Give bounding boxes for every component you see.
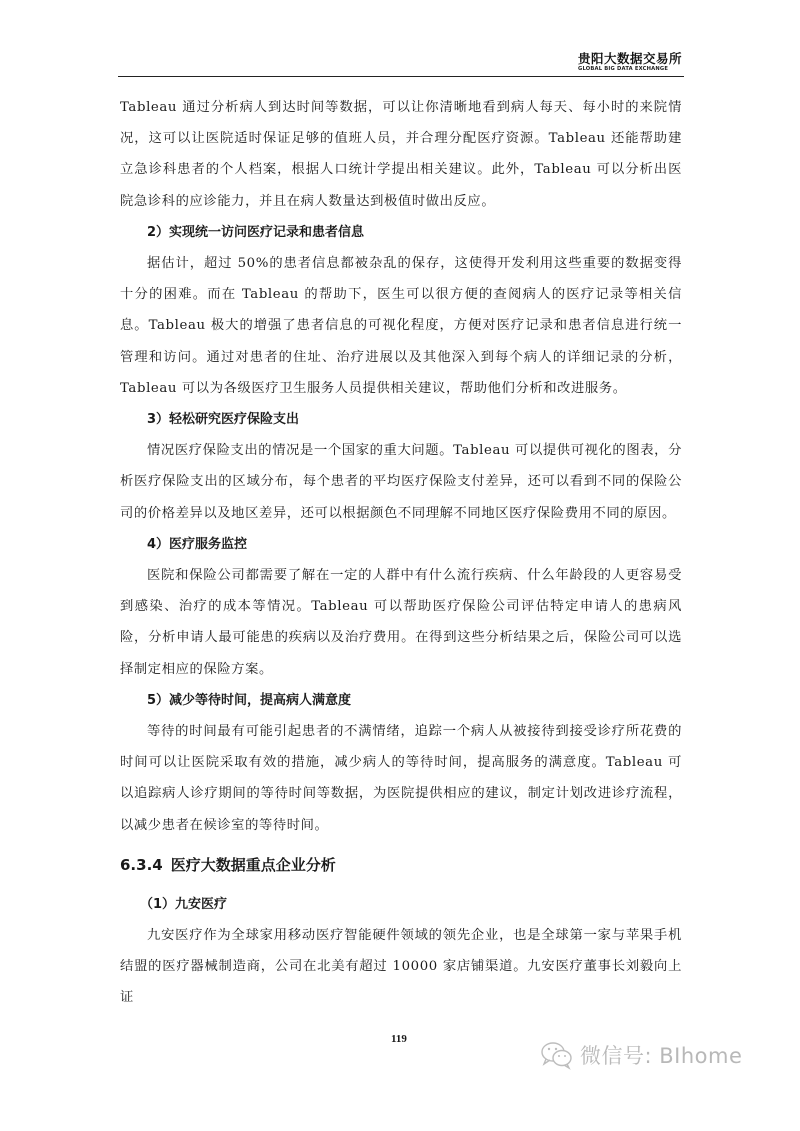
item-heading-2: 2）实现统一访问医疗记录和患者信息 [120, 217, 682, 248]
logo-chinese: 贵阳大数据交易所 [578, 52, 682, 66]
item-heading-3: 3）轻松研究医疗保险支出 [120, 404, 682, 435]
logo-english: GLOBAL BIG DATA EXCHANGE [578, 66, 682, 73]
subsection-text: 九安医疗作为全球家用移动医疗智能硬件领域的领先企业，也是全球第一家与苹果手机结盟… [120, 920, 682, 1014]
page-number: 119 [391, 1033, 407, 1045]
item-text-5: 等待的时间最有可能引起患者的不满情绪，追踪一个病人从被接待到接受诊疗所花费的时间… [120, 716, 682, 841]
item-heading-4: 4）医疗服务监控 [120, 529, 682, 560]
page-body: Tableau 通过分析病人到达时间等数据，可以让你清晰地看到病人每天、每小时的… [120, 92, 682, 1014]
item-text-2: 据估计，超过 50%的患者信息都被杂乱的保存，这使得开发利用这些重要的数据变得十… [120, 248, 682, 404]
watermark: 微信号: BIhome [540, 1040, 742, 1070]
section-title-text: 医疗大数据重点企业分析 [171, 856, 336, 874]
watermark-text: 微信号: BIhome [580, 1040, 742, 1070]
intro-paragraph: Tableau 通过分析病人到达时间等数据，可以让你清晰地看到病人每天、每小时的… [120, 92, 682, 217]
header-divider [118, 76, 684, 77]
item-text-3: 情况医疗保险支出的情况是一个国家的重大问题。Tableau 可以提供可视化的图表… [120, 435, 682, 529]
item-heading-5: 5）减少等待时间，提高病人满意度 [120, 685, 682, 716]
section-number: 6.3.4 [120, 856, 163, 874]
subsection-heading: （1）九安医疗 [120, 889, 682, 920]
item-text-4: 医院和保险公司都需要了解在一定的人群中有什么流行疾病、什么年龄段的人更容易受到感… [120, 560, 682, 685]
header-logo: 贵阳大数据交易所 GLOBAL BIG DATA EXCHANGE [578, 52, 682, 73]
wechat-icon [540, 1040, 574, 1070]
section-title: 6.3.4医疗大数据重点企业分析 [120, 855, 682, 875]
